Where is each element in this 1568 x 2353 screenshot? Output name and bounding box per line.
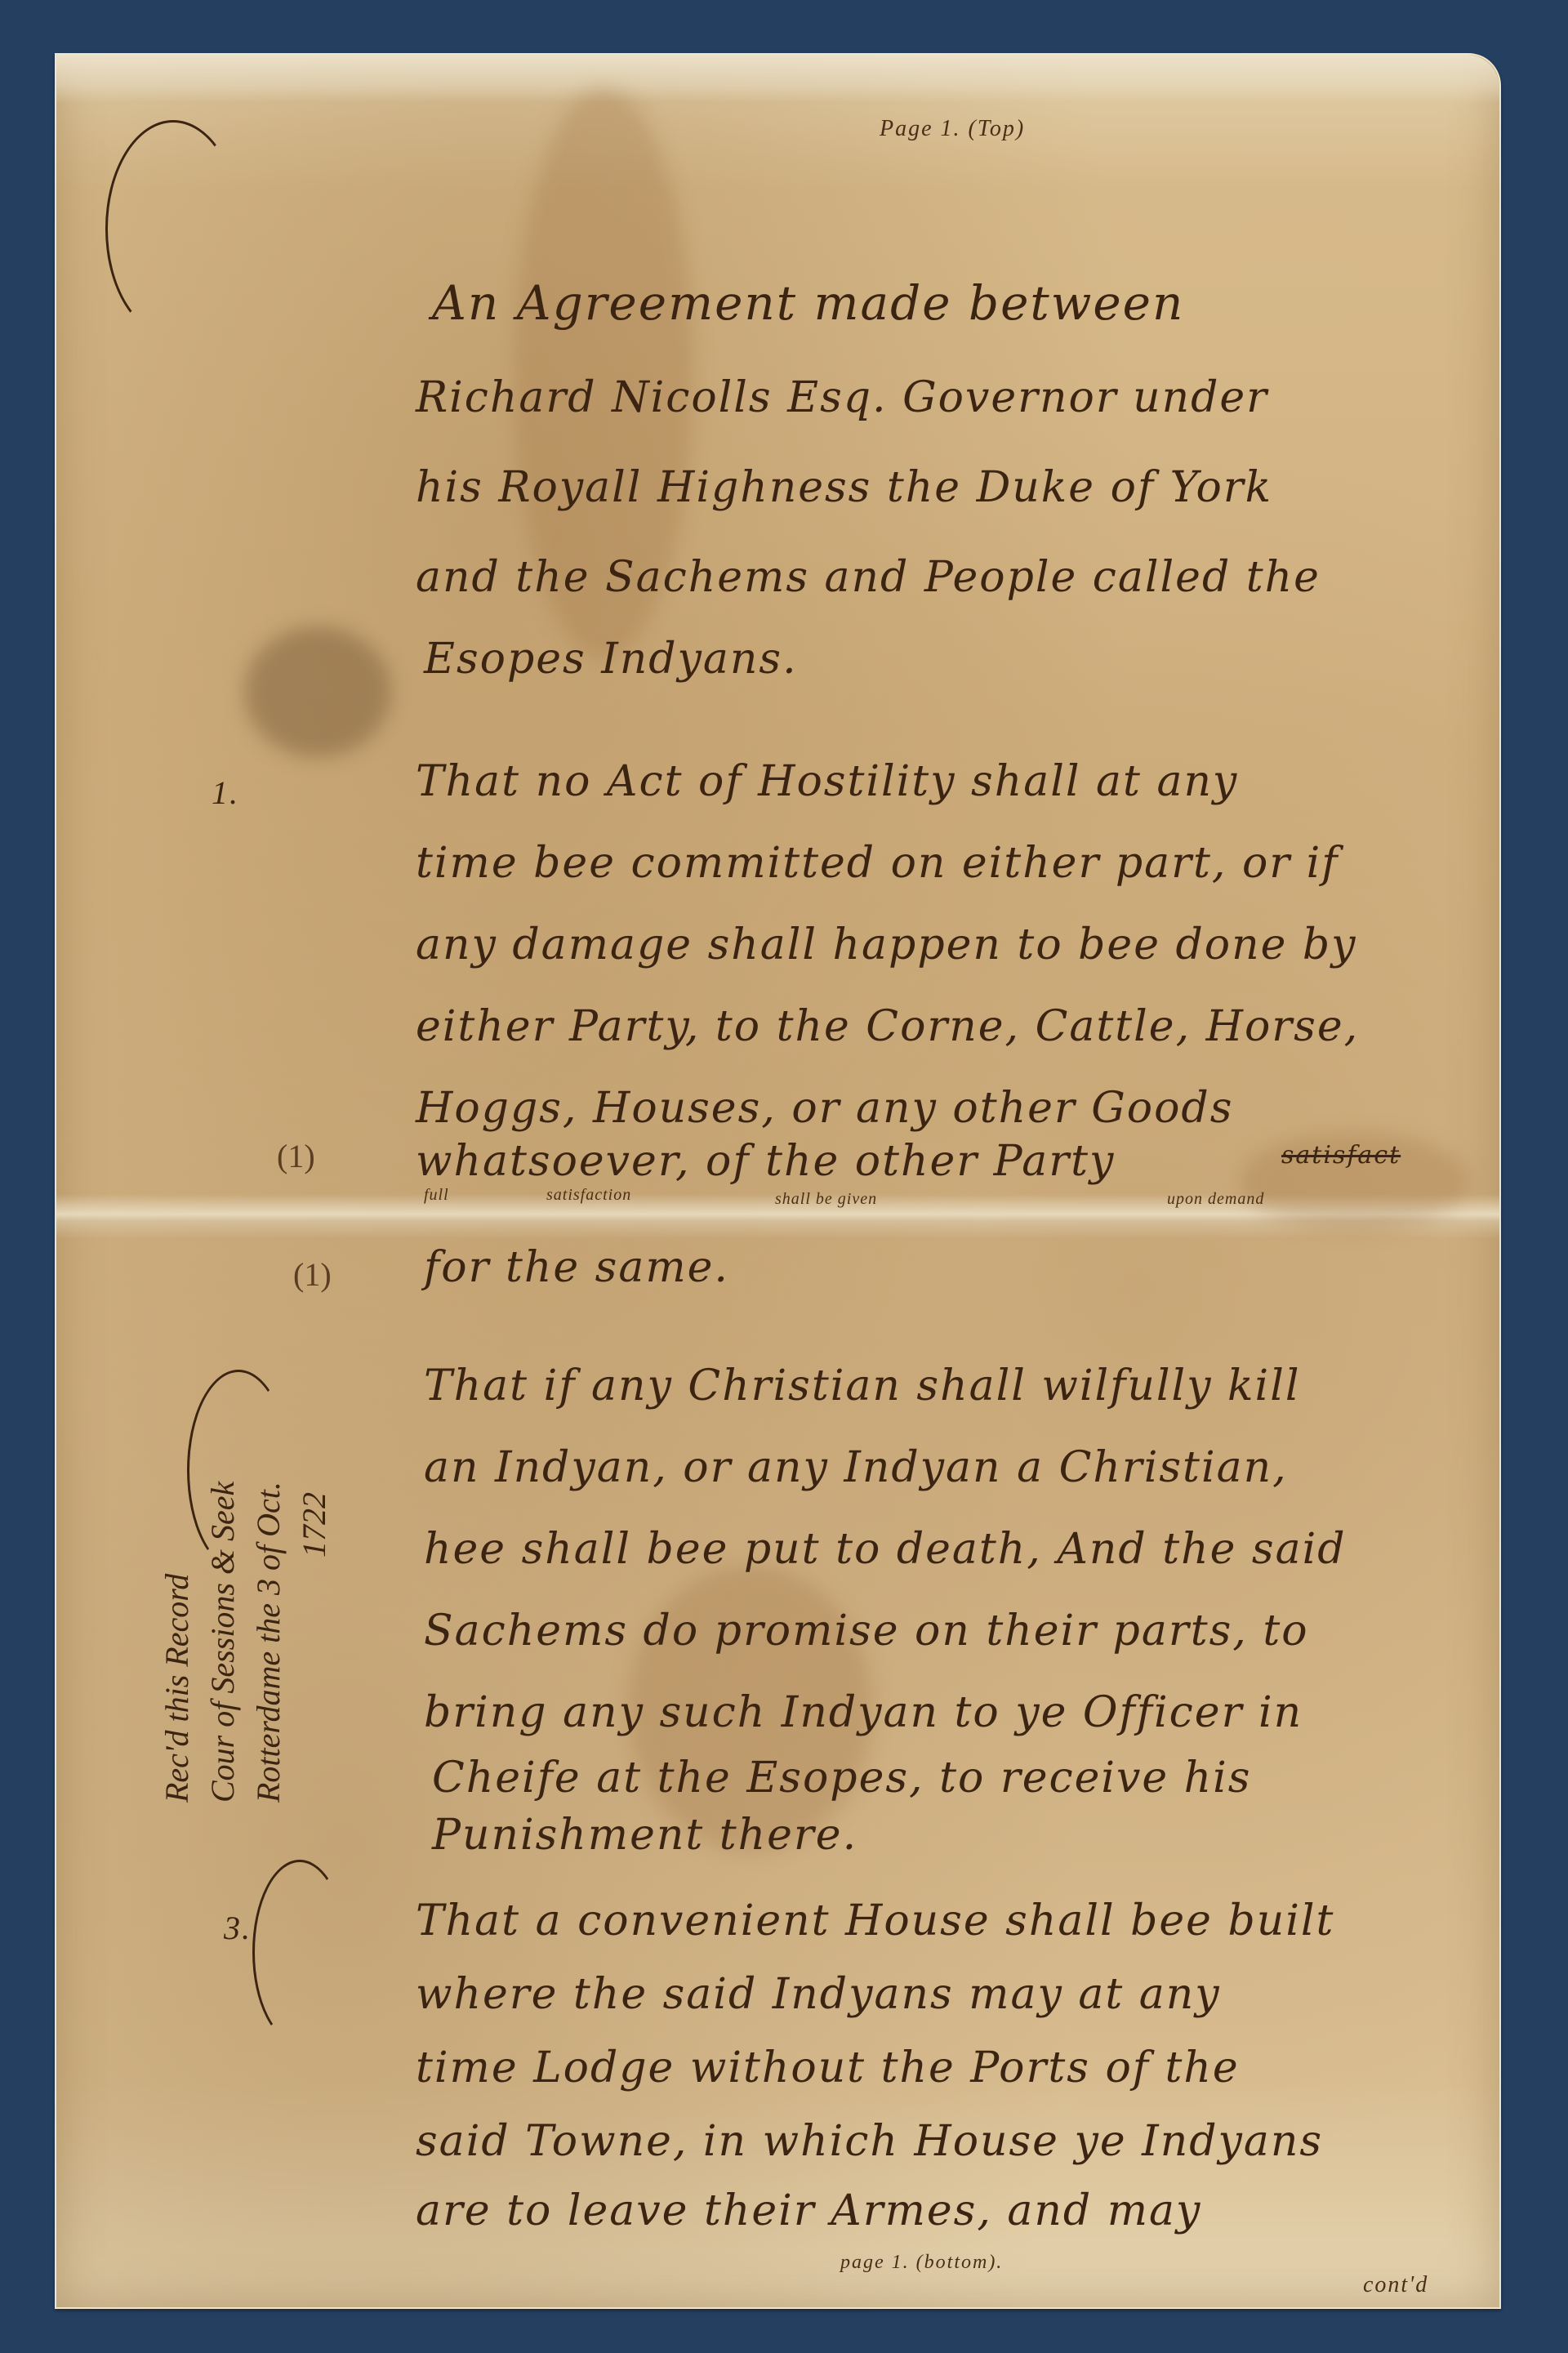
margin-mark: (1) bbox=[277, 1137, 315, 1175]
page-label-top: Page 1. (Top) bbox=[880, 116, 1025, 142]
struck-word: satisfact bbox=[1281, 1141, 1401, 1170]
article-line: for the same. bbox=[424, 1243, 729, 1292]
interlinear-text: shall be given bbox=[775, 1190, 877, 1209]
article-number: 1. bbox=[212, 773, 239, 812]
article-line: That if any Christian shall wilfully kil… bbox=[424, 1361, 1300, 1410]
article-line: are to leave their Armes, and may bbox=[416, 2186, 1201, 2235]
interlinear-text: upon demand bbox=[1167, 1190, 1264, 1209]
parchment-page: Page 1. (Top) An Agreement made between … bbox=[55, 53, 1501, 2309]
article-line: whatsoever, of the other Party bbox=[416, 1137, 1115, 1186]
annotation-line: 1722 bbox=[292, 1296, 337, 1803]
continued-note: cont'd bbox=[1363, 2272, 1428, 2298]
article-line: said Towne, in which House ye Indyans bbox=[416, 2117, 1323, 2166]
article-line: Hoggs, Houses, or any other Goods bbox=[416, 1084, 1233, 1133]
article-line: Cheife at the Esopes, to receive his bbox=[432, 1754, 1251, 1803]
margin-annotation: Rec'd this Record Cour of Sessions & See… bbox=[154, 1296, 337, 1803]
article-line: time bee committed on either part, or if bbox=[416, 839, 1339, 888]
dark-stain bbox=[244, 626, 391, 757]
article-line: Punishment there. bbox=[432, 1811, 857, 1860]
article-line: where the said Indyans may at any bbox=[416, 1970, 1221, 2019]
article-line: hee shall bee put to death, And the said bbox=[424, 1525, 1347, 1574]
interlinear-text: satisfaction bbox=[546, 1186, 631, 1205]
article-line: an Indyan, or any Indyan a Christian, bbox=[424, 1443, 1288, 1492]
article-line: That no Act of Hostility shall at any bbox=[416, 757, 1238, 806]
frayed-top-edge bbox=[56, 55, 1499, 104]
interlinear-text: full bbox=[424, 1186, 449, 1205]
heading-line: and the Sachems and People called the bbox=[416, 553, 1321, 602]
article-line: any damage shall happen to bee done by bbox=[416, 920, 1357, 969]
heading-line: his Royall Highness the Duke of York bbox=[416, 463, 1272, 512]
calligraphic-flourish bbox=[105, 120, 241, 337]
annotation-line: Rec'd this Record bbox=[154, 1296, 200, 1803]
margin-mark: (1) bbox=[293, 1255, 332, 1294]
heading-line: An Agreement made between bbox=[432, 275, 1184, 331]
calligraphic-flourish bbox=[252, 1860, 347, 2044]
annotation-line: Cour of Sessions & Seek bbox=[200, 1296, 246, 1803]
article-line: That a convenient House shall bee built bbox=[416, 1896, 1334, 1945]
article-number: 3. bbox=[224, 1909, 252, 1947]
article-line: Sachems do promise on their parts, to bbox=[424, 1607, 1309, 1656]
annotation-line: Rotterdame the 3 of Oct. bbox=[246, 1296, 292, 1803]
article-line: bring any such Indyan to ye Officer in bbox=[424, 1688, 1303, 1737]
page-label-bottom: page 1. (bottom). bbox=[840, 2252, 1003, 2274]
article-line: either Party, to the Corne, Cattle, Hors… bbox=[416, 1002, 1359, 1051]
heading-line: Richard Nicolls Esq. Governor under bbox=[416, 373, 1268, 422]
heading-line: Esopes Indyans. bbox=[424, 635, 798, 684]
article-line: time Lodge without the Ports of the bbox=[416, 2043, 1240, 2092]
